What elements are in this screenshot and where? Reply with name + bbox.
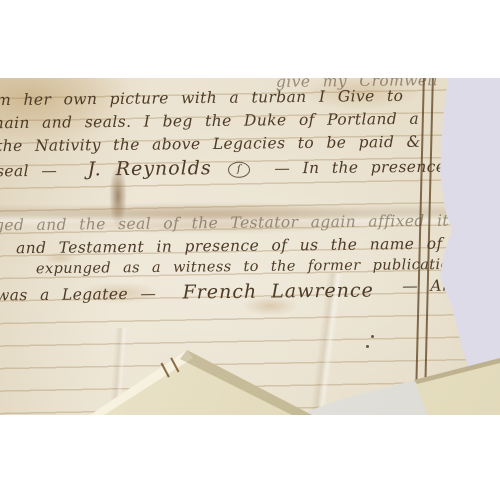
- line-5-prefix: seal —: [0, 162, 57, 181]
- reynolds-signature: J. Reynolds: [87, 157, 211, 180]
- line-9-suffix: — Ann: [402, 277, 463, 296]
- seal-mark-icon: ſ: [228, 162, 250, 178]
- parchment-sheet: give my Cromwell m her own picture with …: [0, 78, 500, 415]
- manuscript-photo: give my Cromwell m her own picture with …: [0, 78, 500, 415]
- ink-speck: [366, 345, 369, 348]
- lawrence-signature: French Lawrence: [182, 279, 374, 303]
- line-9-prefix: was a Legatee —: [0, 285, 156, 305]
- line-5-suffix: — In the presence: [274, 158, 445, 178]
- manuscript-line-5: seal — J. Reynolds ſ — In the presence: [0, 155, 445, 182]
- ink-speck: [371, 335, 374, 338]
